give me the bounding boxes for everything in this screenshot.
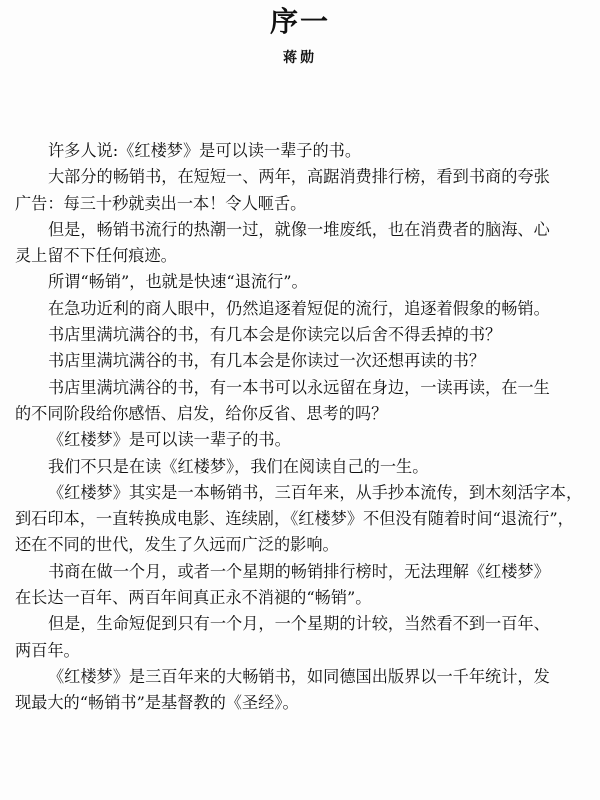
text-line: 《红楼梦》是三百年来的大畅销书，如同德国出版界以一千年统计，发 [15,664,515,690]
text-line: 书店里满坑满谷的书，有几本会是你读过一次还想再读的书？ [15,348,515,374]
text-line: 所谓“畅销”，也就是快速“退流行”。 [15,269,515,295]
text-line: 但是，畅销书流行的热潮一过，就像一堆废纸，也在消费者的脑海、心 [15,217,515,243]
text-line: 到石印本，一直转换成电影、连续剧，《红楼梦》不但没有随着时间“退流行”， [15,506,515,532]
text-line: 现最大的“畅销书”是基督教的《圣经》。 [15,690,515,716]
text-line: 我们不只是在读《红楼梦》，我们在阅读自己的一生。 [15,454,515,480]
body-text: 许多人说:《红楼梦》是可以读一辈子的书。 大部分的畅销书，在短短一、两年，高踞消… [15,138,515,717]
text-line: 的不同阶段给你感悟、启发，给你反省、思考的吗？ [15,401,515,427]
text-line: 书商在做一个月，或者一个星期的畅销排行榜时，无法理解《红楼梦》 [15,559,515,585]
text-line: 灵上留不下任何痕迹。 [15,243,515,269]
text-line: 广告：每三十秒就卖出一本！令人咂舌。 [15,191,515,217]
text-line: 在急功近利的商人眼中，仍然追逐着短促的流行，追逐着假象的畅销。 [15,296,515,322]
author-name: 蒋勋 [0,48,600,68]
text-line: 书店里满坑满谷的书，有几本会是你读完以后舍不得丢掉的书？ [15,322,515,348]
text-line: 许多人说:《红楼梦》是可以读一辈子的书。 [15,138,515,164]
text-line: 《红楼梦》是可以读一辈子的书。 [15,427,515,453]
text-line: 大部分的畅销书，在短短一、两年，高踞消费排行榜，看到书商的夸张 [15,164,515,190]
text-line: 书店里满坑满谷的书，有一本书可以永远留在身边，一读再读，在一生 [15,375,515,401]
text-line: 在长达一百年、两百年间真正永不消褪的“畅销”。 [15,585,515,611]
page-title: 序一 [0,4,600,40]
text-line: 《红楼梦》其实是一本畅销书，三百年来，从手抄本流传，到木刻活字本， [15,480,515,506]
text-line: 还在不同的世代，发生了久远而广泛的影响。 [15,532,515,558]
text-line: 但是，生命短促到只有一个月，一个星期的计较，当然看不到一百年、 [15,611,515,637]
text-line: 两百年。 [15,638,515,664]
